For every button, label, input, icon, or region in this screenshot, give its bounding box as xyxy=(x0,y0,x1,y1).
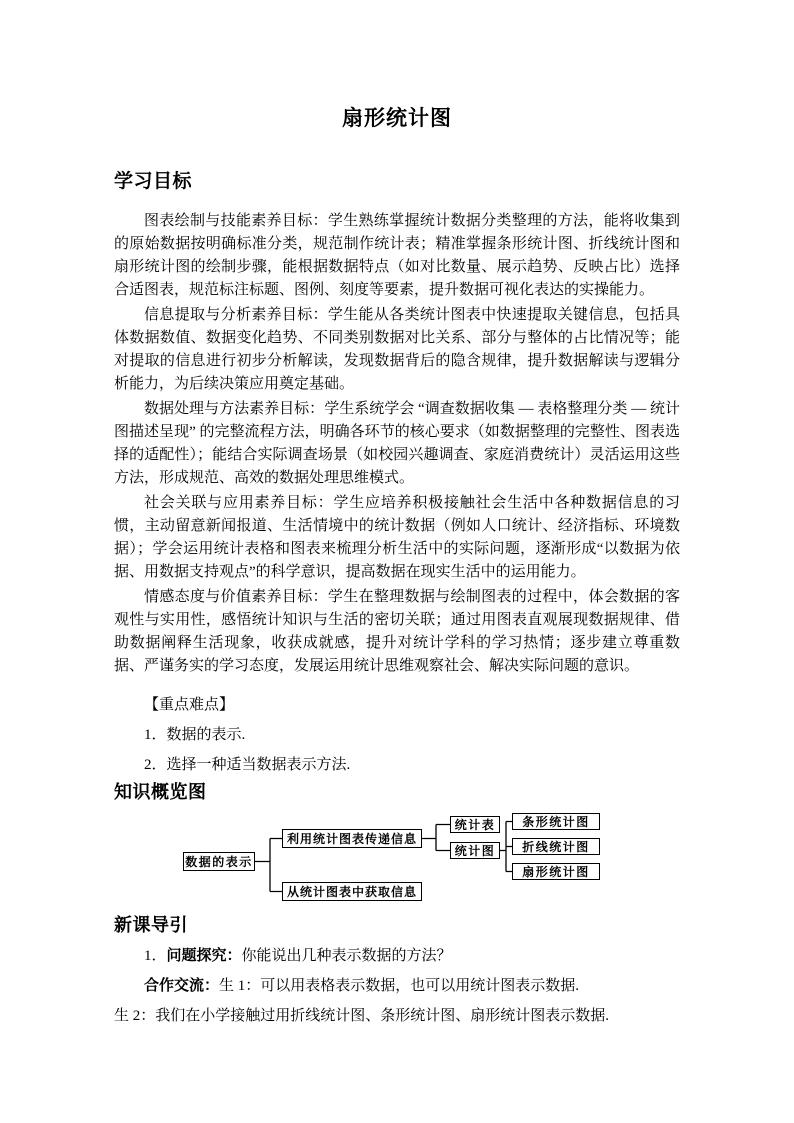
objective-paragraph-data-processing: 数据处理与方法素养目标：学生系统学会 “调查数据收集 — 表格整理分类 — 统计… xyxy=(114,398,680,490)
diagram-node-stat-table: 统计表 xyxy=(450,816,500,833)
new-lesson-intro-body: 1．问题探究：你能说出几种表示数据的方法？ 合作交流：生 1：可以用表格表示数据… xyxy=(114,946,680,1027)
diagram-node-convey-info: 利用统计图表传递信息 xyxy=(282,829,422,848)
diagram-node-stat-chart: 统计图 xyxy=(450,842,500,859)
key-points-section: 【重点难点】 1．数据的表示. 2．选择一种适当数据表示方法. xyxy=(114,694,680,777)
intro-cooperation-label: 合作交流： xyxy=(144,978,219,994)
page-title: 扇形统计图 xyxy=(114,0,680,133)
diagram-node-data-representation: 数据的表示 xyxy=(183,852,255,871)
objective-paragraph-chart-drawing: 图表绘制与技能素养目标：学生熟练掌握统计数据分类整理的方法，能将收集到的原始数据… xyxy=(114,210,680,302)
intro-student1-text: 生 1：可以用表格表示数据，也可以用统计图表示数据. xyxy=(219,978,579,994)
intro-line-student2: 生 2：我们在小学接触过用折线统计图、条形统计图、扇形统计图表示数据. xyxy=(114,1006,680,1027)
intro-question-text: 你能说出几种表示数据的方法？ xyxy=(242,948,452,964)
document-page: 扇形统计图 学习目标 图表绘制与技能素养目标：学生熟练掌握统计数据分类整理的方法… xyxy=(0,0,794,1123)
objectives-body: 图表绘制与技能素养目标：学生熟练掌握统计数据分类整理的方法，能将收集到的原始数据… xyxy=(114,210,680,678)
heading-knowledge-overview: 知识概览图 xyxy=(114,782,680,802)
key-point-item-1: 1．数据的表示. xyxy=(114,724,680,747)
diagram-node-pie-chart: 扇形统计图 xyxy=(512,863,600,880)
intro-line-question: 1．问题探究：你能说出几种表示数据的方法？ xyxy=(114,946,680,967)
heading-learning-objectives: 学习目标 xyxy=(114,168,680,196)
intro-line-cooperation: 合作交流：生 1：可以用表格表示数据，也可以用统计图表示数据. xyxy=(114,976,680,997)
key-point-item-2: 2．选择一种适当数据表示方法. xyxy=(114,754,680,777)
heading-new-lesson-intro: 新课导引 xyxy=(114,914,680,936)
objective-paragraph-info-extraction: 信息提取与分析素养目标：学生能从各类统计图表中快速提取关键信息，包括具体数据数值… xyxy=(114,304,680,396)
objective-paragraph-social-application: 社会关联与应用素养目标：学生应培养积极接触社会生活中各种数据信息的习惯，主动留意… xyxy=(114,492,680,584)
intro-question-number: 1． xyxy=(144,948,167,964)
diagram-node-obtain-info: 从统计图表中获取信息 xyxy=(282,882,422,901)
intro-question-label: 问题探究： xyxy=(167,948,242,964)
key-points-heading: 【重点难点】 xyxy=(114,694,680,717)
objective-paragraph-attitude-values: 情感态度与价值素养目标：学生在整理数据与绘制图表的过程中，体会数据的客观性与实用… xyxy=(114,586,680,678)
diagram-node-bar-chart: 条形统计图 xyxy=(512,813,600,830)
diagram-node-line-chart: 折线统计图 xyxy=(512,838,600,855)
knowledge-overview-diagram: 数据的表示 利用统计图表传递信息 从统计图表中获取信息 统计表 统计图 条形统计… xyxy=(175,806,625,906)
